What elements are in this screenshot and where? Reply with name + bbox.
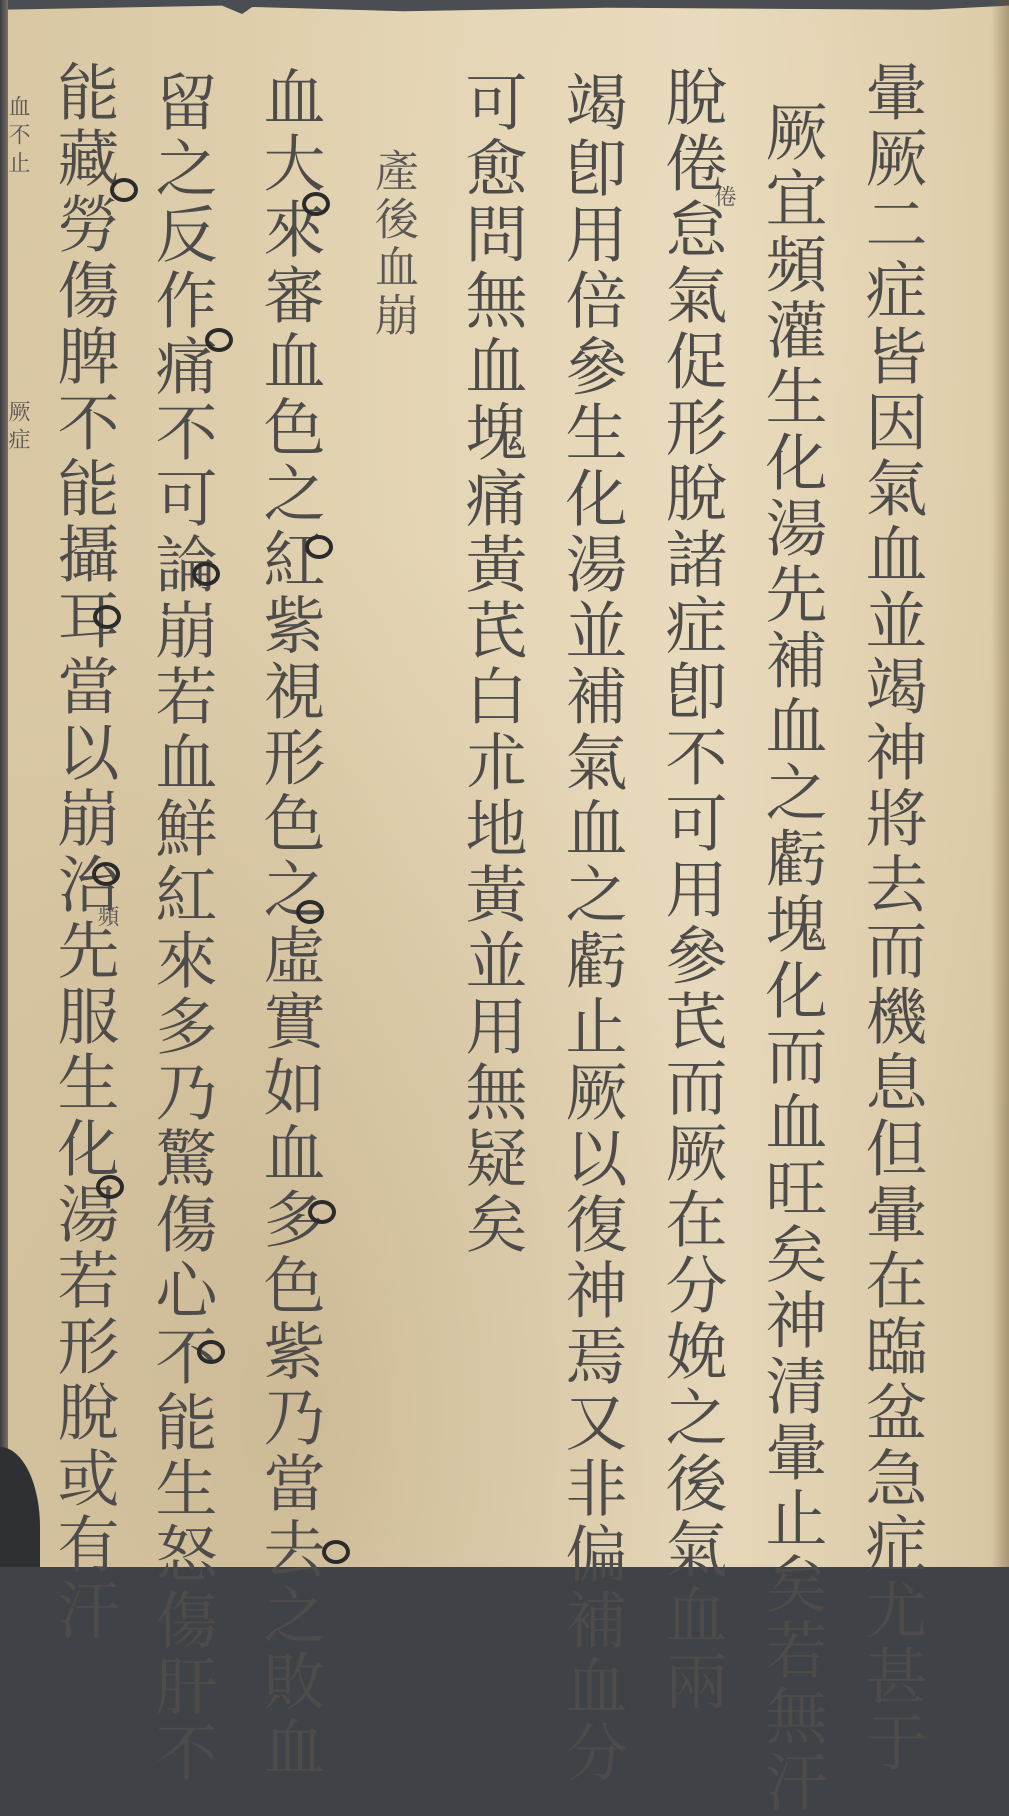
binding-edge [0, 0, 8, 1567]
right-page-edge [991, 0, 1009, 1567]
torn-top-edge [0, 0, 1009, 14]
punctuation-circle [96, 1175, 124, 1199]
margin-note-1: 血不止 [6, 95, 28, 179]
punctuation-circle [302, 192, 330, 216]
interlinear-annotation-2: 頻 [95, 905, 117, 931]
punctuation-circle [305, 535, 333, 559]
punctuation-circle [110, 178, 138, 202]
text-column-7: 血大來審血色之紅紫視形色之虛實如血多色紫乃當去之敗血 [258, 65, 320, 1567]
manuscript-page: 暈厥二症皆因氣血並竭神將去而機息但暈在臨盆急症尤甚于 厥宜頻灌生化湯先補血之虧塊… [0, 0, 1009, 1567]
worn-corner [0, 1447, 40, 1567]
punctuation-circle [308, 1200, 336, 1224]
text-column-9: 能藏勞傷脾不能攝耳當以崩治先服生化湯若形脫或有汗 [52, 60, 114, 1567]
punctuation-circle [93, 605, 121, 629]
punctuation-circle [296, 900, 324, 924]
text-column-4: 竭卽用倍參生化湯並補氣血之虧止厥以復神焉又非偏補血分 [560, 70, 622, 1567]
text-column-2: 厥宜頻灌生化湯先補血之虧塊化而血旺矣神清暈止矣若無汗 [760, 100, 822, 1567]
punctuation-circle [192, 562, 220, 586]
punctuation-circle [92, 862, 120, 886]
punctuation-circle [322, 1540, 350, 1564]
section-heading: 產後血崩 [370, 148, 414, 340]
interlinear-annotation-1: 倦 [712, 185, 734, 211]
text-column-3: 脫倦怠氣促形脫諸症卽不可用參芪而厥在分娩之後氣血兩 [660, 65, 722, 1567]
text-column-1: 暈厥二症皆因氣血並竭神將去而機息但暈在臨盆急症尤甚于 [860, 60, 922, 1567]
text-column-5: 可愈問無血塊痛黃芪白朮地黃並用無疑矣 [460, 70, 522, 1258]
punctuation-circle [197, 1340, 225, 1364]
punctuation-circle [205, 328, 233, 352]
margin-note-2: 厥症 [6, 400, 28, 456]
